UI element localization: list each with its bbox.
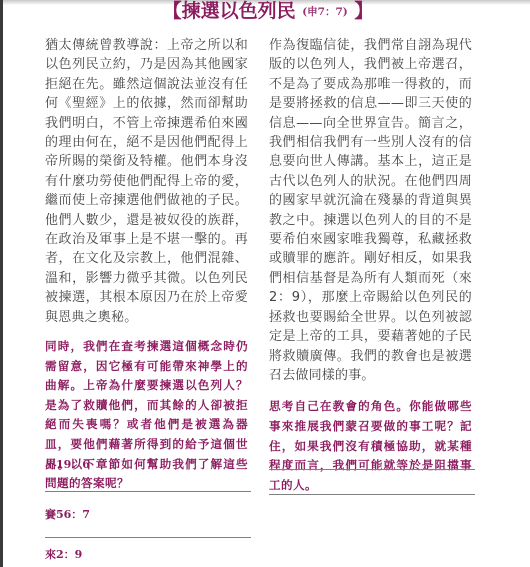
answer-line-1[interactable] <box>45 491 251 492</box>
right-paragraph: 作為復臨信徒，我們常自詡為現代版的以色列人，我們被上帝選召，不是為了要成為那唯一… <box>269 36 472 385</box>
answer-line-4[interactable] <box>269 494 475 495</box>
right-column: 作為復臨信徒，我們常自詡為現代版的以色列人，我們被上帝選召，不是為了要成為那唯一… <box>269 36 472 495</box>
title-close-bracket: 】 <box>354 0 373 22</box>
reference-2: 賽56：7 <box>45 506 90 522</box>
answer-line-2[interactable] <box>45 537 251 538</box>
lesson-page: 【揀選以色列民 (申7：7) 】 猶太傳統曾教導說：上帝之所以和以色列民立約，乃… <box>0 0 530 567</box>
title-text: 【揀選以色列民 <box>163 0 296 22</box>
title-reference: (申7：7) <box>302 6 348 18</box>
left-column: 猶太傳統曾教導說：上帝之所以和以色列民立約，乃是因為其他國家拒絕在先。雖然這個說… <box>45 36 248 494</box>
page-title: 【揀選以色列民 (申7：7) 】 <box>3 0 530 25</box>
reference-3: 來2：9 <box>45 546 82 562</box>
answer-line-3[interactable] <box>269 469 475 470</box>
right-question: 思考自己在教會的角色。你能做哪些事來推展我們蒙召要做的事工呢？記住，如果我們沒有… <box>269 397 472 495</box>
left-paragraph: 猶太傳統曾教導說：上帝之所以和以色列民立約，乃是因為其他國家拒絕在先。雖然這個說… <box>45 36 248 327</box>
reference-1: 出19：6 <box>45 456 90 472</box>
